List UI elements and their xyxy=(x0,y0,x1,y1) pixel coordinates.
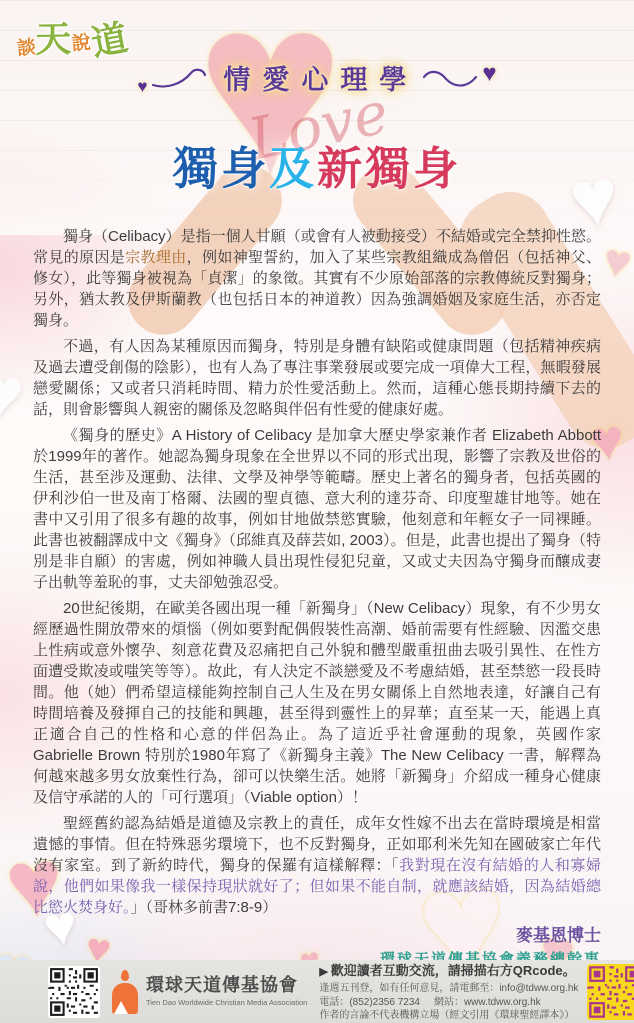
author-name: 麥基恩博士 xyxy=(33,925,601,946)
title-part-1: 獨身 xyxy=(173,143,269,194)
heart-icon: ♥ xyxy=(137,78,147,95)
organization-name: 環球天道傳基協會 xyxy=(146,976,307,996)
qr-code-left xyxy=(48,966,100,1018)
footer-publish-line: 逢週五刊登，如有任何意見，請電郵至：info@tdww.org.hk xyxy=(319,982,567,996)
paragraph-5: 聖經舊約認為結婚是道德及宗教上的責任，成年女性嫁不出去在當時環境是相當遺憾的事情… xyxy=(33,813,601,918)
footer-cta: ▶歡迎讀者互動交流，請掃描右方QRcode。 xyxy=(319,960,567,979)
paragraph-4: 20世紀後期，在歐美各國出現一種「新獨身」（New Celibacy）現象，有不… xyxy=(33,598,601,808)
column-banner: ♥ 情愛心理學 ♥ xyxy=(0,58,634,97)
footer-contact-block: ▶歡迎讀者互動交流，請掃描右方QRcode。 逢週五刊登，如有任何意見，請電郵至… xyxy=(319,960,567,1023)
swash-line-left xyxy=(151,65,207,91)
masthead-char: 天 xyxy=(35,11,72,63)
paragraph-2: 不過，有人因為某種原因而獨身，特別是身體有缺陷或健康問題（包括精神疾病及過去遭受… xyxy=(33,336,601,420)
swash-line-right xyxy=(422,65,478,91)
footer-bar: 環球天道傳基協會 Tien Dao Worldwide Christian Me… xyxy=(0,960,634,1023)
candle-highlight xyxy=(114,1001,128,1014)
article-title: 獨身及新獨身 xyxy=(0,146,634,191)
flame-icon xyxy=(121,970,129,981)
footer-phone-web-line: 電話：(852)2356 7234網站：www.tdww.org.hk xyxy=(319,996,567,1010)
masthead-logo: 談天說道 xyxy=(14,5,128,65)
paragraph-1: 獨身（Celibacy）是指一個人甘願（或會有人被動接受）不結婚或完全禁抑性慾。… xyxy=(33,226,601,331)
arrow-right-icon: ▶ xyxy=(319,966,327,978)
heart-decoration: ♥ xyxy=(600,236,634,286)
footer-cta-text: 歡迎讀者互動交流，請掃描右方QRcode。 xyxy=(331,963,576,978)
scripture-reference: 」（哥林多前書7:8-9） xyxy=(131,899,278,916)
paragraph-1-emphasis: 宗教理由 xyxy=(125,249,186,266)
organization-name-english: Tien Dao Worldwide Christian Media Assoc… xyxy=(146,998,307,1007)
qr-code-right xyxy=(587,964,634,1020)
paragraph-3: 《獨身的歷史》A History of Celibacy 是加拿大歷史學家兼作者… xyxy=(33,425,601,593)
footer-phone: 電話：(852)2356 7234 xyxy=(319,997,420,1008)
heart-decoration: ♥ xyxy=(0,353,29,432)
title-part-2: 及 xyxy=(269,143,317,194)
organization-logo-icon xyxy=(112,970,138,1014)
title-part-3: 新獨身 xyxy=(317,143,461,194)
leaflet-page: ♥ Love ♥ ♥ ♥ ♥ ♥ ♥ ♥ ♥ ♥ ♥ ♥ 談天說道 ♥ 情愛心理… xyxy=(0,0,634,1023)
footer-disclaimer: 作者的言論不代表機構立場（經文引用《環球聖經譯本》） xyxy=(319,1009,567,1023)
column-banner-label: 情愛心理學 xyxy=(211,58,418,97)
heart-icon: ♥ xyxy=(482,62,496,86)
organization-block: 環球天道傳基協會 Tien Dao Worldwide Christian Me… xyxy=(112,970,307,1014)
masthead-char: 談 xyxy=(16,32,37,61)
article-body: 獨身（Celibacy）是指一個人甘願（或會有人被動接受）不結婚或完全禁抑性慾。… xyxy=(33,226,601,995)
footer-website: 網站：www.tdww.org.hk xyxy=(434,997,541,1008)
